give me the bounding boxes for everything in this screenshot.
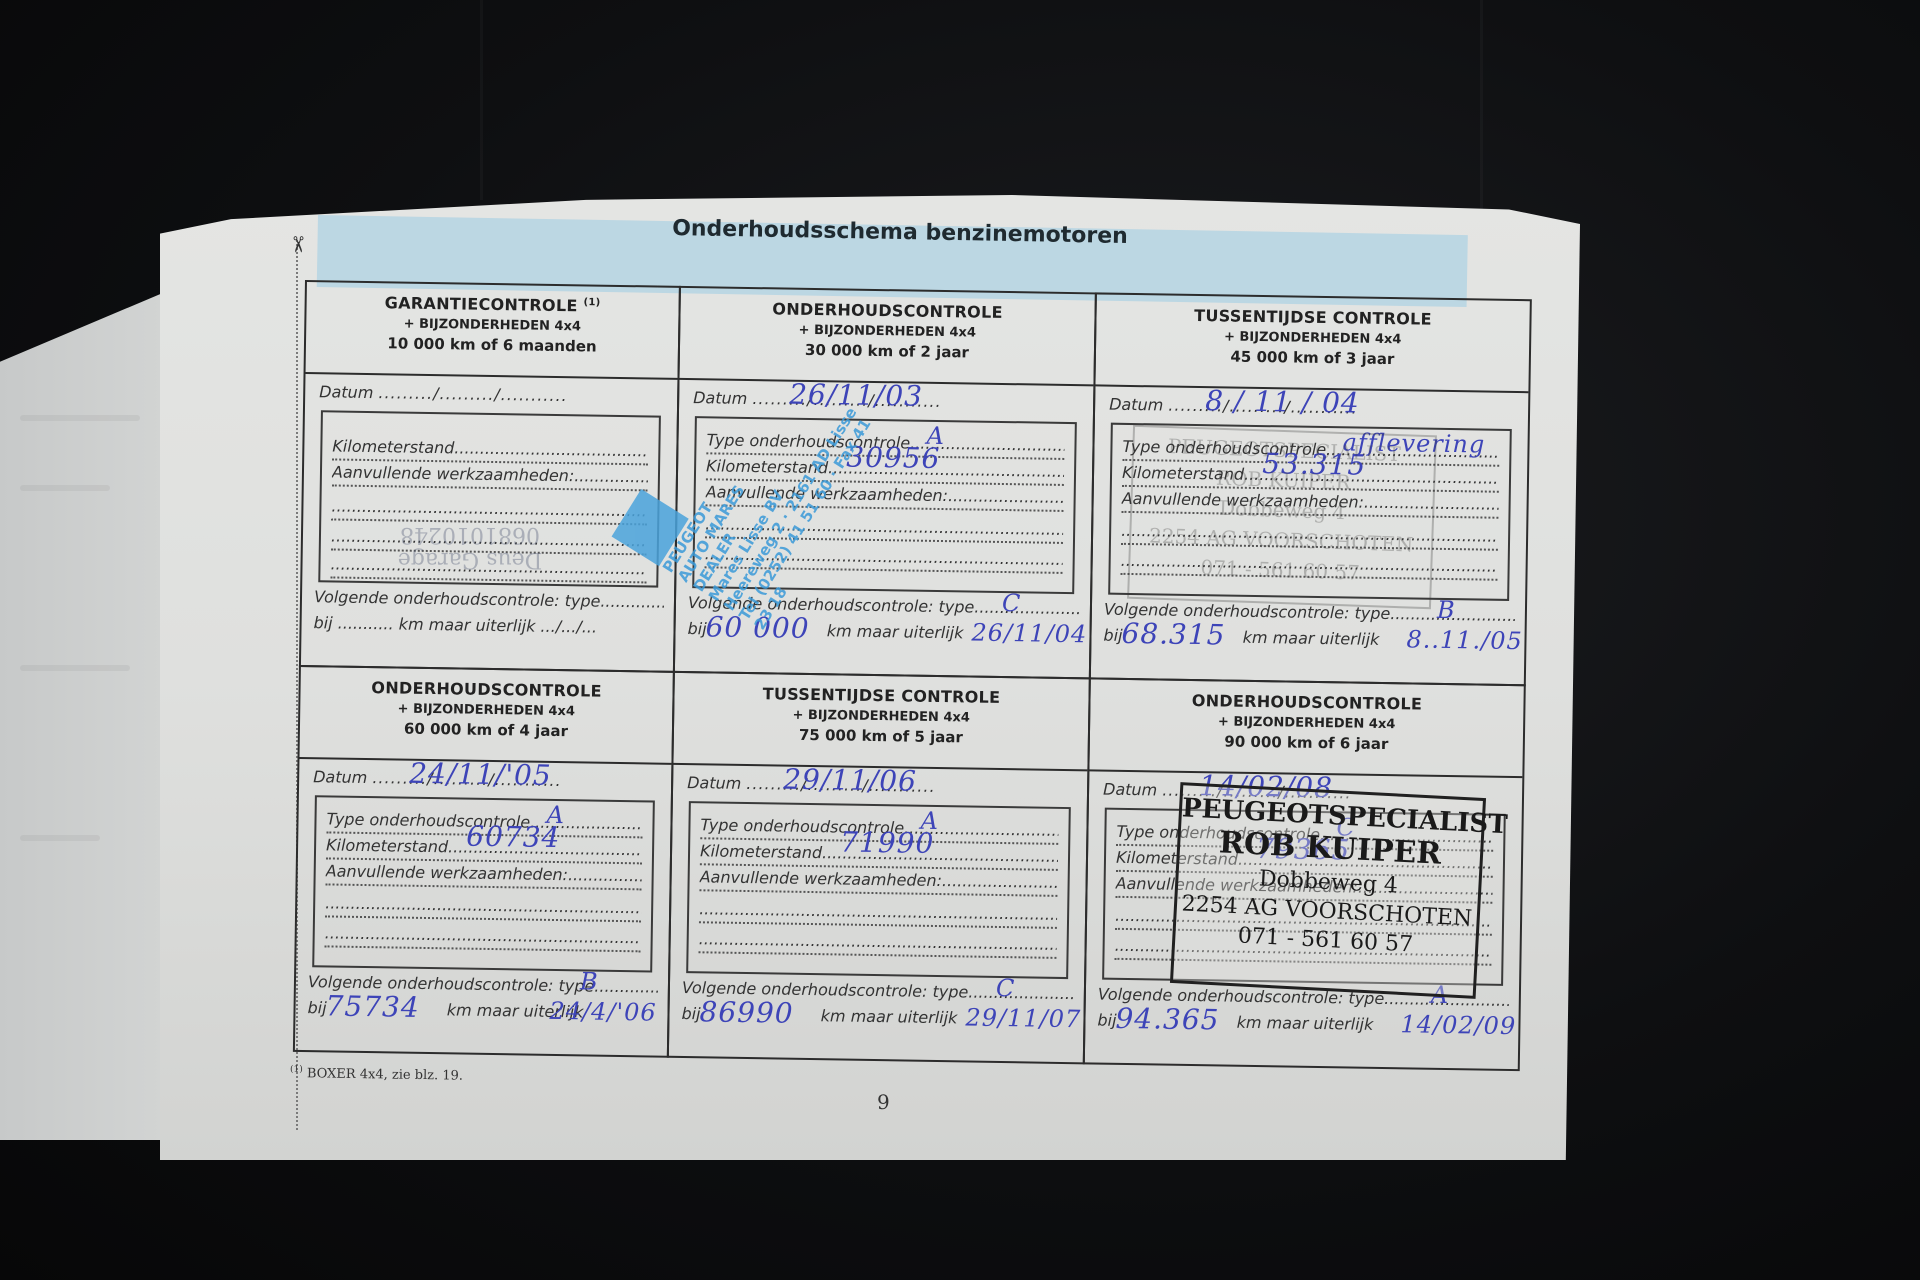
km-label: Kilometerstand	[332, 436, 454, 457]
cell-header: ONDERHOUDSCONTROLE + BIJZONDERHEDEN 4x4 …	[299, 667, 672, 765]
stamp-line: Dobbeweg 4	[1132, 493, 1433, 527]
cell-interval: 60 000 km of 4 jaar	[300, 718, 672, 742]
datum-row: Datum ........./........./...........	[319, 382, 568, 405]
next-date-value[interactable]: 26/11/04	[971, 619, 1087, 649]
blank-line[interactable]: ........................................…	[325, 923, 641, 952]
km-label: Kilometerstand	[326, 835, 448, 856]
cell-title-text: TUSSENTIJDSE CONTROLE	[763, 684, 1001, 707]
cell-title: ONDERHOUDSCONTROLE	[1090, 689, 1523, 715]
bij-label: bij	[687, 619, 706, 638]
dots: ........................................…	[942, 871, 1058, 897]
work-box: Type onderhoudscontrole.................…	[312, 795, 655, 972]
km-label: Kilometerstand	[700, 841, 822, 862]
cell-title-text: GARANTIECONTROLE	[385, 293, 578, 315]
bij-label: bij	[307, 998, 326, 1017]
extra-work-line: Aanvullende werkzaamheden:..............…	[325, 861, 641, 890]
extra-work-line: Aanvullende werkzaamheden:..............…	[332, 462, 648, 491]
show-through-text	[20, 415, 140, 421]
dots: ........................................…	[699, 899, 1057, 927]
footnote-marker: (1)	[290, 1065, 303, 1075]
datum-value[interactable]: 24/11/'05	[409, 757, 552, 792]
cell-title-text: ONDERHOUDSCONTROLE	[371, 678, 602, 701]
cell-header: TUSSENTIJDSE CONTROLE + BIJZONDERHEDEN 4…	[1095, 294, 1529, 393]
next-km-empty: bij ........... km maar uiterlijk .../..…	[313, 613, 597, 636]
datum-label: Datum	[1103, 780, 1157, 800]
page-number: 9	[877, 1090, 890, 1114]
dots: ........................................…	[600, 592, 664, 619]
cell-header: GARANTIECONTROLE (1) + BIJZONDERHEDEN 4x…	[306, 282, 679, 380]
km-line: Kilometerstand..........................…	[332, 436, 648, 465]
show-through-text	[20, 835, 100, 841]
datum-value[interactable]: 8 / 11 / 04	[1205, 384, 1360, 419]
extra-work-line: Aanvullende werkzaamheden:..............…	[699, 867, 1057, 897]
faded-garage-stamp: Deus Garage 0681010248	[360, 512, 580, 572]
cell-title-text: ONDERHOUDSCONTROLE	[772, 299, 1003, 322]
blank-line[interactable]: ........................................…	[699, 899, 1057, 929]
maintenance-cell: GARANTIECONTROLE (1) + BIJZONDERHEDEN 4x…	[299, 280, 681, 673]
footnote-text: BOXER 4x4, zie blz. 19.	[307, 1066, 463, 1083]
datum-label: Datum	[687, 773, 741, 793]
cell-interval: 90 000 km of 6 jaar	[1090, 730, 1523, 755]
faded-rob-kuiper-stamp: PEUGEOTSPECIALIST ROB KUIPER Dobbeweg 4 …	[1127, 425, 1437, 610]
stamp-line: 2254 AG VOORSCHOTEN	[1131, 523, 1432, 557]
dots: ........................................…	[325, 923, 641, 951]
dots: ........................................…	[325, 893, 641, 921]
next-date-value[interactable]: 24/4/'06	[549, 997, 657, 1027]
next-type-value[interactable]: C	[996, 974, 1016, 1002]
blank-line[interactable]: ........................................…	[325, 893, 641, 922]
next-km-value[interactable]: 68.315	[1121, 617, 1225, 652]
km-maar-label: km maar uiterlijk	[1237, 1013, 1374, 1034]
next-km-line: bij ........... km maar uiterlijk .../..…	[313, 613, 663, 644]
work-box: Type onderhoudscontrole.................…	[686, 801, 1071, 979]
next-date-value[interactable]: 8..11./05	[1406, 625, 1523, 655]
dots: ........................................…	[568, 865, 642, 890]
cell-title: ONDERHOUDSCONTROLE	[300, 677, 672, 702]
maintenance-cell: ONDERHOUDSCONTROLE + BIJZONDERHEDEN 4x4 …	[293, 665, 675, 1058]
seat-crease	[480, 0, 483, 200]
datum-label: Datum	[319, 382, 373, 402]
dots: ........................................…	[574, 466, 648, 491]
datum-dots: ........./........./...........	[378, 383, 568, 405]
cell-title-text: ONDERHOUDSCONTROLE	[1192, 691, 1423, 714]
cell-title: TUSSENTIJDSE CONTROLE	[674, 683, 1088, 709]
footnote: (1) BOXER 4x4, zie blz. 19.	[290, 1065, 463, 1084]
scissors-icon: ✂	[285, 235, 310, 253]
next-km-value[interactable]: 86990	[699, 995, 794, 1029]
next-type-label: Volgende onderhoudscontrole: type	[314, 587, 601, 610]
stamp-line: 0681010248	[360, 522, 580, 547]
bij-label: bij	[1097, 1011, 1116, 1030]
datum-value[interactable]: 29/11/06	[783, 763, 917, 798]
next-km-value[interactable]: 75734	[325, 989, 420, 1023]
cell-interval: 45 000 km of 3 jaar	[1096, 345, 1529, 370]
stamp-line: Deus Garage	[360, 547, 580, 572]
km-value[interactable]: 60734	[466, 820, 561, 854]
extra-work-label: Aanvullende werkzaamheden:	[332, 462, 575, 485]
dots: ........................................…	[454, 438, 648, 465]
cell-header: TUSSENTIJDSE CONTROLE + BIJZONDERHEDEN 4…	[673, 673, 1088, 771]
cell-subtitle: + BIJZONDERHEDEN 4x4	[306, 315, 678, 336]
datum-label: Datum	[313, 767, 367, 787]
km-maar-label: km maar uiterlijk	[821, 1006, 958, 1027]
km-value[interactable]: 71990	[840, 825, 935, 859]
cell-title-footnote: (1)	[583, 297, 600, 308]
next-date-value[interactable]: 29/11/07	[965, 1003, 1081, 1033]
datum-label: Datum	[1109, 395, 1163, 415]
cell-interval: 10 000 km of 6 maanden	[306, 333, 678, 357]
seat-crease	[1480, 0, 1483, 220]
cell-title: TUSSENTIJDSE CONTROLE	[1096, 304, 1529, 330]
next-km-value[interactable]: 94.365	[1115, 1002, 1219, 1037]
bij-label: bij	[681, 1004, 700, 1023]
extra-work-label: Aanvullende werkzaamheden:	[700, 867, 943, 890]
next-service: Volgende onderhoudscontrole: type.......…	[313, 587, 664, 644]
cell-interval: 75 000 km of 5 jaar	[674, 724, 1088, 749]
rob-kuiper-stamp: PEUGEOTSPECIALIST ROB KUIPER Dobbeweg 4 …	[1170, 782, 1486, 999]
dots: ........................................…	[699, 929, 1057, 957]
km-maar-label: km maar uiterlijk	[1243, 628, 1380, 649]
bij-label: bij	[1103, 626, 1122, 645]
stamp-line: 071 - 561 60 57	[1130, 553, 1431, 587]
next-type-value[interactable]: B	[1437, 596, 1456, 624]
stamp-line: PEUGEOTSPECIALIST	[1134, 433, 1435, 467]
maintenance-cell: TUSSENTIJDSE CONTROLE + BIJZONDERHEDEN 4…	[667, 671, 1091, 1065]
next-type-value[interactable]: C	[1002, 589, 1022, 617]
next-type-value[interactable]: B	[580, 967, 599, 995]
show-through-text	[20, 665, 130, 671]
show-through-text	[20, 485, 110, 491]
cell-subtitle: + BIJZONDERHEDEN 4x4	[300, 700, 672, 721]
cell-header: ONDERHOUDSCONTROLE + BIJZONDERHEDEN 4x4 …	[1089, 679, 1523, 778]
cell-title-text: TUSSENTIJDSE CONTROLE	[1194, 306, 1432, 329]
cell-title: GARANTIECONTROLE (1)	[307, 292, 679, 317]
extra-work-label: Aanvullende werkzaamheden:	[326, 861, 569, 884]
next-date-value[interactable]: 14/02/09	[1400, 1010, 1516, 1040]
stamp-line: ROB KUIPER	[1133, 463, 1434, 497]
blank-line[interactable]: ........................................…	[698, 929, 1056, 959]
cell-title: ONDERHOUDSCONTROLE	[680, 298, 1094, 324]
